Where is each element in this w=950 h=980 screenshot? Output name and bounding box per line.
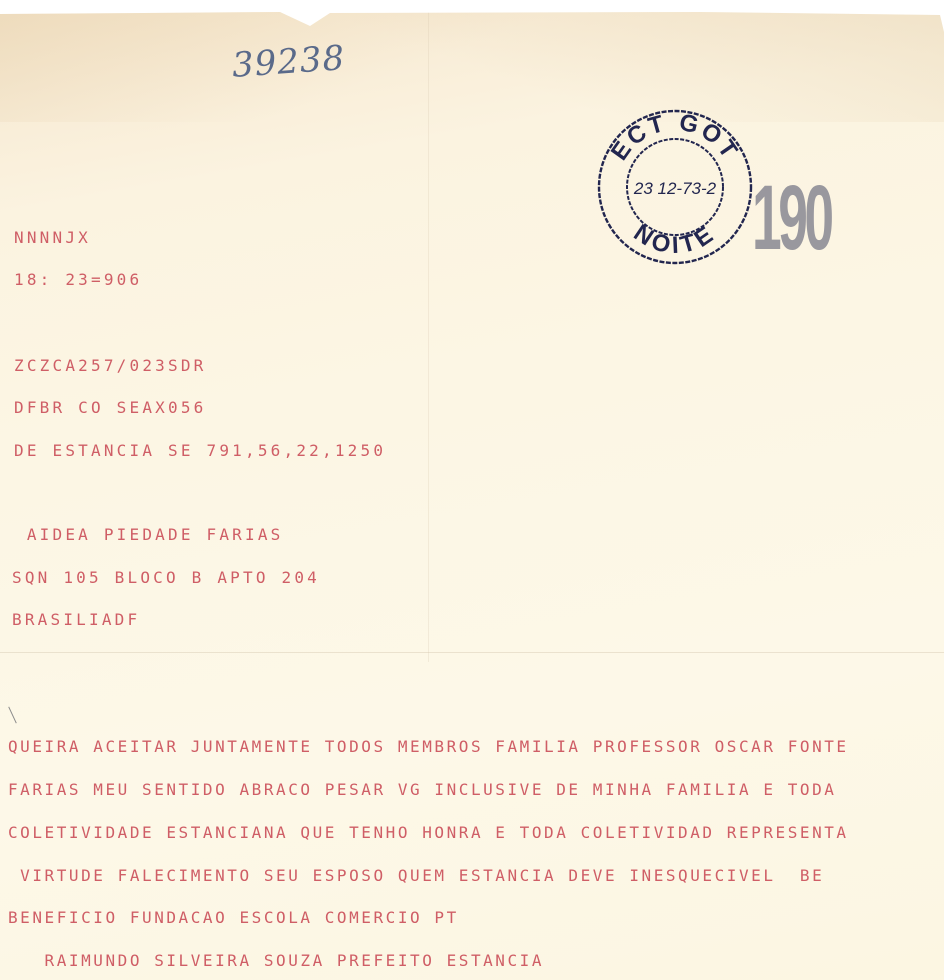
header-line-2: 18: 23=906 <box>14 272 142 288</box>
svg-text:ECT GOT: ECT GOT <box>606 109 744 166</box>
message-line-1: QUEIRA ACEITAR JUNTAMENTE TODOS MEMBROS … <box>8 739 849 755</box>
message-line-3: COLETIVIDADE ESTANCIANA QUE TENHO HONRA … <box>8 825 849 841</box>
message-line-4: VIRTUDE FALECIMENTO SEU ESPOSO QUEM ESTA… <box>8 868 824 884</box>
postmark-stamp: ECT GOT NOITE 23 12-73-2 <box>596 108 754 266</box>
paper-fold-horizontal <box>0 652 944 653</box>
message-line-2: FARIAS MEU SENTIDO ABRACO PESAR VG INCLU… <box>8 782 836 798</box>
recipient-address: SQN 105 BLOCO B APTO 204 <box>12 570 320 586</box>
recipient-name: AIDEA PIEDADE FARIAS <box>14 527 284 543</box>
header-line-1: NNNNJX <box>14 230 91 246</box>
stamp-top-text: ECT GOT <box>606 109 744 166</box>
paper-fold-vertical <box>428 12 429 662</box>
routing-line-2: DFBR CO SEAX056 <box>14 400 207 416</box>
stamp-bottom-text: NOITE <box>629 219 721 260</box>
recipient-city: BRASILIADF <box>12 612 140 628</box>
message-line-5: BENEFICIO FUNDACAO ESCOLA COMERCIO PT <box>8 910 459 926</box>
stamp-date: 23 12-73-2 <box>633 179 717 198</box>
svg-text:NOITE: NOITE <box>629 219 721 260</box>
routing-line-3: DE ESTANCIA SE 791,56,22,1250 <box>14 443 386 459</box>
handwritten-reference-number: 39238 <box>231 38 347 86</box>
message-signature: RAIMUNDO SILVEIRA SOUZA PREFEITO ESTANCI… <box>8 953 544 969</box>
routing-line-1: ZCZCA257/023SDR <box>14 358 207 374</box>
stamped-serial-number: 190 <box>752 172 831 264</box>
telegram-scan: 39238 ECT GOT NOITE 23 12-73-2 190 NNNNJ… <box>0 0 950 980</box>
